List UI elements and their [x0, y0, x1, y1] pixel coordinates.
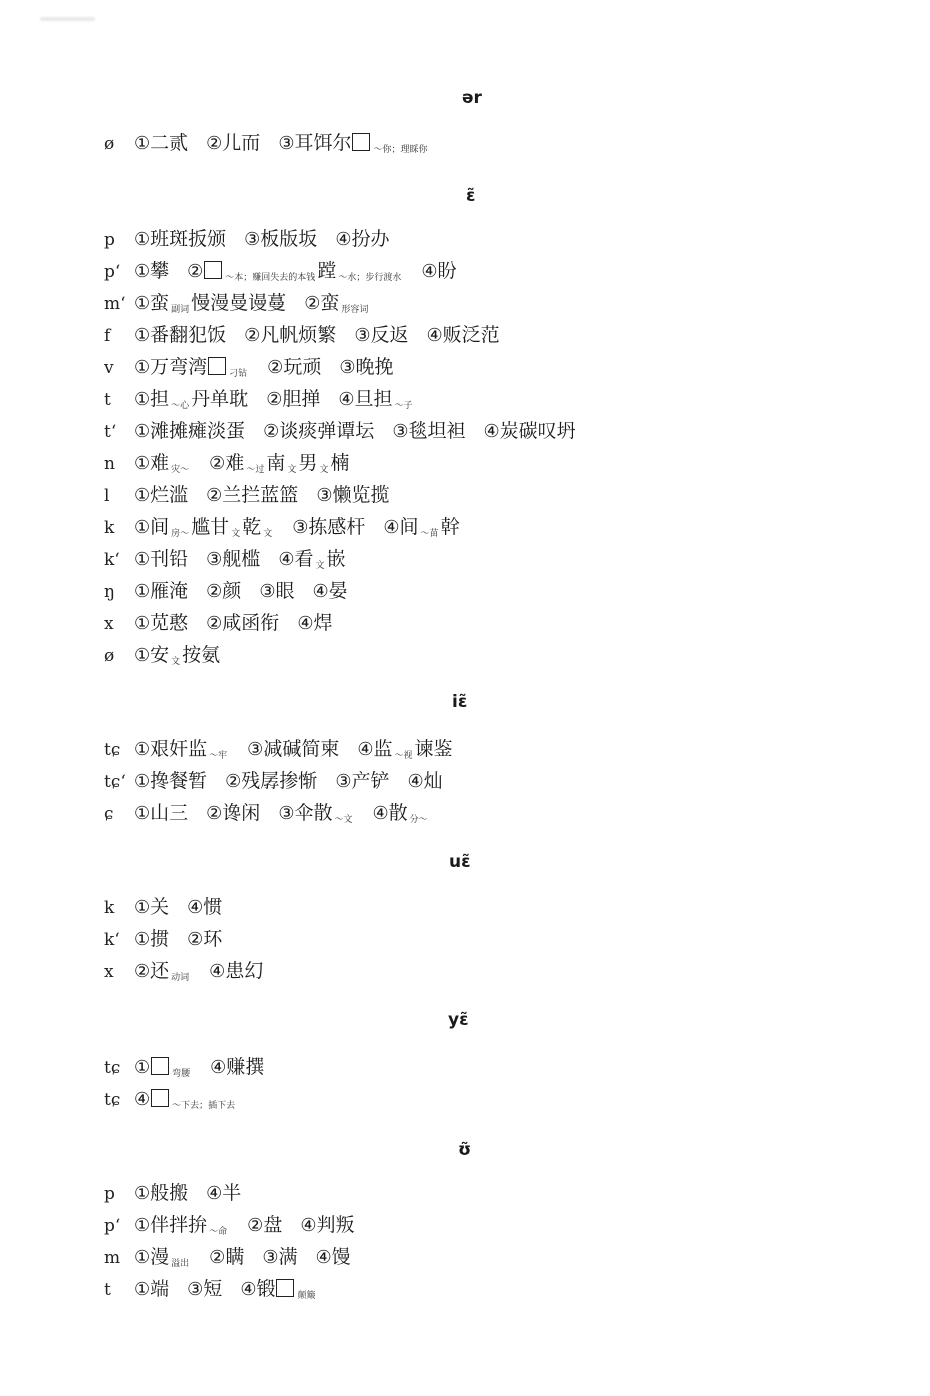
- initial-consonant: k: [104, 513, 134, 543]
- tone-group: ③满: [262, 1242, 297, 1273]
- syllable-row: m①漫溢出②瞒③满④馒: [104, 1242, 369, 1272]
- annotation: 文: [171, 657, 180, 667]
- syllable-row: n①难灾～②难～过南文男文楠: [104, 448, 367, 478]
- tone-number: ②: [206, 485, 222, 506]
- syllable-row: t①担～心丹单耽②胆掸④旦担～子: [104, 384, 433, 414]
- annotation: 文: [319, 465, 328, 475]
- annotation: ～过: [246, 465, 264, 475]
- tone-group: ②盘: [247, 1210, 282, 1241]
- tone-number: ④: [338, 389, 354, 410]
- tone-number: ③: [206, 549, 222, 570]
- tone-number: ③: [244, 229, 260, 250]
- missing-character-box: [151, 1057, 169, 1075]
- characters: 担: [150, 388, 169, 410]
- tone-group: ③短: [187, 1274, 222, 1305]
- tone-group: ①刊铅: [134, 544, 188, 575]
- tone-group: ④间～苗幹: [383, 512, 459, 549]
- initial-consonant: t: [104, 385, 134, 415]
- tone-number: ②: [209, 1247, 225, 1268]
- syllable-row: k①关④惯: [104, 892, 240, 922]
- tone-number: ②: [267, 357, 283, 378]
- tone-number: ①: [134, 645, 150, 666]
- tone-number: ④: [426, 325, 442, 346]
- syllable-row: tɕ④～下去；插下去: [104, 1084, 255, 1114]
- characters: 瞒: [225, 1246, 244, 1268]
- initial-consonant: tɕ: [104, 1085, 134, 1115]
- characters: 慢漫曼谩蔓: [191, 292, 286, 314]
- characters: 兰拦蓝篮: [222, 484, 298, 506]
- characters: 惯: [203, 896, 222, 918]
- tone-number: ①: [134, 357, 150, 378]
- tone-number: ①: [134, 1183, 150, 1204]
- tone-number: ④: [315, 1247, 331, 1268]
- tone-group: ①苋憨: [134, 608, 188, 639]
- tone-group: ④半: [206, 1178, 241, 1209]
- syllable-row: tɕ‘①搀餐暂②残孱掺惭③产铲④灿: [104, 766, 461, 796]
- annotation: 灾～: [171, 465, 189, 475]
- tone-number: ②: [206, 133, 222, 154]
- syllable-row: ŋ①雁淹②颜③眼④晏: [104, 576, 366, 606]
- characters: 残孱掺惭: [241, 770, 317, 792]
- scan-smudge: [40, 17, 95, 21]
- tone-number: ④: [383, 517, 399, 538]
- characters: 幹: [441, 516, 460, 538]
- characters: 端: [150, 1278, 169, 1300]
- tone-number: ①: [134, 517, 150, 538]
- tone-group: ③舰槛: [206, 544, 260, 575]
- tone-number: ④: [357, 739, 373, 760]
- syllable-row: k①间房～尴甘文乾文③拣感杆④间～苗幹: [104, 512, 478, 542]
- tone-group: ②玩顽: [267, 352, 321, 383]
- tone-group: ①二贰: [134, 128, 188, 159]
- characters: 半: [222, 1182, 241, 1204]
- tone-number: ④: [297, 613, 313, 634]
- final-heading-label: ər: [462, 88, 482, 108]
- tone-number: ①: [134, 897, 150, 918]
- initial-consonant: p: [104, 225, 134, 255]
- initial-consonant: k‘: [104, 545, 134, 575]
- characters: 眼: [275, 580, 294, 602]
- annotation: 溢出: [171, 1259, 189, 1269]
- characters: 掼: [150, 928, 169, 950]
- tone-group: ①关: [134, 892, 169, 923]
- initial-consonant: tɕ‘: [104, 767, 134, 797]
- characters: 二贰: [150, 132, 188, 154]
- characters: 刊铅: [150, 548, 188, 570]
- initial-consonant: tɕ: [104, 735, 134, 765]
- tone-number: ④: [134, 1089, 150, 1110]
- tone-group: ①攀: [134, 256, 169, 287]
- tone-group: ②颜: [206, 576, 241, 607]
- tone-number: ②: [187, 929, 203, 950]
- characters: 谏鉴: [415, 738, 453, 760]
- tone-number: ③: [339, 357, 355, 378]
- tone-group: ③伞散～文: [278, 798, 354, 835]
- annotation: ～心: [171, 401, 189, 411]
- annotation: ～文: [334, 815, 352, 825]
- characters: 灿: [424, 770, 443, 792]
- characters: 蛮: [150, 292, 169, 314]
- tone-group: ②残孱掺惭: [225, 766, 317, 797]
- tone-group: ④散分～: [372, 798, 429, 835]
- tone-group: ③懒览揽: [316, 480, 389, 511]
- syllable-row: t①端③短④锻颠簸: [104, 1274, 335, 1304]
- tone-number: ③: [187, 1279, 203, 1300]
- characters: 散: [389, 802, 408, 824]
- tone-number: ④: [421, 261, 437, 282]
- initial-consonant: m: [104, 1243, 134, 1273]
- tone-group: ①班斑扳颁: [134, 224, 226, 255]
- final-heading-label: ʊ̃: [458, 1140, 471, 1160]
- characters: 还: [150, 960, 169, 982]
- characters: 乾: [242, 516, 261, 538]
- tone-group: ③反返: [354, 320, 408, 351]
- final-heading-label: ɛ̃: [466, 186, 475, 206]
- tone-group: ①雁淹: [134, 576, 188, 607]
- annotation: ～本；赚回失去的本钱: [225, 273, 315, 283]
- final-heading-label: iɛ̃: [452, 692, 467, 712]
- syllable-row: ø①二贰②儿而③耳饵尔～你；理睬你: [104, 128, 447, 158]
- initial-consonant: x: [104, 957, 134, 987]
- annotation: 文: [263, 529, 272, 539]
- tone-number: ②: [187, 261, 203, 282]
- initial-consonant: f: [104, 321, 134, 351]
- syllable-row: p①般搬④半: [104, 1178, 259, 1208]
- characters: 漫: [150, 1246, 169, 1268]
- characters: 番翻犯饭: [150, 324, 226, 346]
- annotation: 动词: [171, 973, 189, 983]
- tone-group: ②谈痰弹谭坛: [263, 416, 374, 447]
- tone-group: ④晏: [312, 576, 347, 607]
- characters: 耳饵尔: [294, 132, 351, 154]
- tone-number: ①: [134, 421, 150, 442]
- final-heading-label: yɛ̃: [448, 1010, 469, 1030]
- annotation: 形容词: [341, 305, 368, 315]
- tone-number: ①: [134, 229, 150, 250]
- tone-number: ④: [187, 897, 203, 918]
- characters: 嵌: [326, 548, 345, 570]
- initial-consonant: x: [104, 609, 134, 639]
- tone-group: ②瞒: [209, 1242, 244, 1273]
- characters: 焊: [313, 612, 332, 634]
- tone-group: ④锻颠簸: [240, 1274, 317, 1311]
- characters: 监: [373, 738, 392, 760]
- tone-number: ①: [134, 613, 150, 634]
- characters: 盼: [437, 260, 456, 282]
- tone-number: ③: [247, 739, 263, 760]
- tone-number: ①: [134, 1247, 150, 1268]
- tone-group: ②凡帆烦繁: [244, 320, 336, 351]
- tone-group: ③减碱简柬: [247, 734, 339, 765]
- characters: 颜: [222, 580, 241, 602]
- tone-number: ①: [134, 581, 150, 602]
- tone-group: ②儿而: [206, 128, 260, 159]
- annotation: 刁钻: [229, 369, 247, 379]
- annotation: ～子: [395, 401, 413, 411]
- tone-group: ②谗闲: [206, 798, 260, 829]
- characters: 搀餐暂: [150, 770, 207, 792]
- tone-group: ①搀餐暂: [134, 766, 207, 797]
- tone-group: ③拣感杆: [292, 512, 365, 543]
- tone-group: ①山三: [134, 798, 188, 829]
- initial-consonant: k‘: [104, 925, 134, 955]
- syllable-row: l①烂滥②兰拦蓝篮③懒览揽: [104, 480, 407, 510]
- tone-group: ①番翻犯饭: [134, 320, 226, 351]
- initial-consonant: ø: [104, 641, 134, 671]
- characters: 丹单耽: [191, 388, 248, 410]
- tone-number: ②: [206, 803, 222, 824]
- characters: 炭碳叹坍: [500, 420, 576, 442]
- tone-group: ④馒: [315, 1242, 350, 1273]
- tone-number: ②: [225, 771, 241, 792]
- tone-number: ①: [134, 1057, 150, 1078]
- annotation: ～下去；插下去: [172, 1101, 235, 1111]
- initial-consonant: m‘: [104, 289, 134, 319]
- annotation: ～苗: [421, 529, 439, 539]
- tone-number: ②: [206, 613, 222, 634]
- annotation: 文: [287, 465, 296, 475]
- tone-number: ②: [134, 961, 150, 982]
- tone-number: ①: [134, 485, 150, 506]
- annotation: ～水；步行渡水: [338, 273, 401, 283]
- characters: 关: [150, 896, 169, 918]
- syllable-row: ɕ①山三②谗闲③伞散～文④散分～: [104, 798, 448, 828]
- tone-group: ②环: [187, 924, 222, 955]
- annotation: 副词: [171, 305, 189, 315]
- tone-group: ③晚挽: [339, 352, 393, 383]
- tone-number: ④: [312, 581, 328, 602]
- syllable-row: k‘①掼②环: [104, 924, 240, 954]
- characters: 间: [150, 516, 169, 538]
- tone-number: ①: [134, 803, 150, 824]
- characters: 晚挽: [355, 356, 393, 378]
- tone-number: ③: [292, 517, 308, 538]
- characters: 尴甘: [191, 516, 229, 538]
- tone-number: ④: [483, 421, 499, 442]
- tone-group: ②兰拦蓝篮: [206, 480, 298, 511]
- characters: 烂滥: [150, 484, 188, 506]
- tone-number: ①: [134, 293, 150, 314]
- tone-number: ④: [407, 771, 423, 792]
- annotation: 房～: [171, 529, 189, 539]
- syllable-row: p‘①伴拌拚～命②盘④判叛: [104, 1210, 372, 1240]
- initial-consonant: k: [104, 893, 134, 923]
- tone-group: ①般搬: [134, 1178, 188, 1209]
- characters: 难: [225, 452, 244, 474]
- characters: 贩泛范: [443, 324, 500, 346]
- tone-number: ③: [278, 803, 294, 824]
- initial-consonant: l: [104, 481, 134, 511]
- syllable-row: x②还动词④患幻: [104, 956, 281, 986]
- tone-number: ④: [372, 803, 388, 824]
- tone-group: ①安文按氨: [134, 640, 220, 677]
- characters: 盘: [263, 1214, 282, 1236]
- missing-character-box: [208, 357, 226, 375]
- characters: 谈痰弹谭坛: [279, 420, 374, 442]
- tone-number: ④: [335, 229, 351, 250]
- tone-number: ②: [244, 325, 260, 346]
- tone-group: ④判叛: [300, 1210, 354, 1241]
- characters: 蛮: [320, 292, 339, 314]
- annotation: 文: [231, 529, 240, 539]
- characters: 南: [266, 452, 285, 474]
- tone-group: ④惯: [187, 892, 222, 923]
- initial-consonant: t‘: [104, 417, 134, 447]
- initial-consonant: t: [104, 1275, 134, 1305]
- characters: 减碱简柬: [263, 738, 339, 760]
- tone-number: ①: [134, 1279, 150, 1300]
- annotation: 颠簸: [297, 1291, 315, 1301]
- tone-number: ④: [240, 1279, 256, 1300]
- initial-consonant: p: [104, 1179, 134, 1209]
- missing-character-box: [352, 133, 370, 151]
- characters: 儿而: [222, 132, 260, 154]
- tone-group: ①烂滥: [134, 480, 188, 511]
- characters: 班斑扳颁: [150, 228, 226, 250]
- characters: 谗闲: [222, 802, 260, 824]
- characters: 舰槛: [222, 548, 260, 570]
- syllable-row: p‘①攀②～本；赚回失去的本钱蹚～水；步行渡水④盼: [104, 256, 475, 286]
- characters: 雁淹: [150, 580, 188, 602]
- tone-group: ④贩泛范: [426, 320, 499, 351]
- tone-number: ①: [134, 929, 150, 950]
- tone-number: ③: [335, 771, 351, 792]
- initial-consonant: ø: [104, 129, 134, 159]
- tone-number: ③: [354, 325, 370, 346]
- tone-number: ②: [209, 453, 225, 474]
- characters: 满: [278, 1246, 297, 1268]
- annotation: 弯腰: [172, 1069, 190, 1079]
- tone-number: ④: [300, 1215, 316, 1236]
- characters: 扮办: [351, 228, 389, 250]
- characters: 凡帆烦繁: [260, 324, 336, 346]
- tone-number: ②: [304, 293, 320, 314]
- missing-character-box: [151, 1089, 169, 1107]
- tone-number: ①: [134, 133, 150, 154]
- initial-consonant: n: [104, 449, 134, 479]
- initial-consonant: ŋ: [104, 577, 134, 607]
- tone-group: ③产铲: [335, 766, 389, 797]
- tone-group: ①掼: [134, 924, 169, 955]
- tone-number: ①: [134, 771, 150, 792]
- tone-group: ①滩摊瘫淡蛋: [134, 416, 245, 447]
- characters: 伞散: [294, 802, 332, 824]
- tone-group: ④赚撰: [210, 1052, 264, 1083]
- annotation: 分～: [410, 815, 428, 825]
- tone-number: ④: [210, 1057, 226, 1078]
- characters: 反返: [370, 324, 408, 346]
- tone-group: ④盼: [421, 256, 456, 287]
- characters: 懒览揽: [332, 484, 389, 506]
- initial-consonant: p‘: [104, 257, 134, 287]
- initial-consonant: ɕ: [104, 799, 134, 829]
- characters: 赚撰: [226, 1056, 264, 1078]
- characters: 晏: [329, 580, 348, 602]
- syllable-row: t‘①滩摊瘫淡蛋②谈痰弹谭坛③毯坦袒④炭碳叹坍: [104, 416, 594, 446]
- annotation: ～视: [394, 751, 412, 761]
- characters: 般搬: [150, 1182, 188, 1204]
- characters: 男: [298, 452, 317, 474]
- syllable-row: x①苋憨②咸函衔④焊: [104, 608, 350, 638]
- characters: 环: [203, 928, 222, 950]
- tone-number: ③: [278, 133, 294, 154]
- characters: 难: [150, 452, 169, 474]
- tone-group: ①端: [134, 1274, 169, 1305]
- tone-group: ②还动词: [134, 956, 191, 993]
- characters: 伴拌拚: [150, 1214, 207, 1236]
- tone-number: ①: [134, 389, 150, 410]
- characters: 馒: [332, 1246, 351, 1268]
- characters: 看: [294, 548, 313, 570]
- tone-group: ④灿: [407, 766, 442, 797]
- tone-group: ④焊: [297, 608, 332, 639]
- characters: 间: [400, 516, 419, 538]
- tone-group: ③眼: [259, 576, 294, 607]
- syllable-row: v①万弯湾刁钻②玩顽③晚挽: [104, 352, 411, 382]
- tone-number: ①: [134, 739, 150, 760]
- tone-number: ②: [266, 389, 282, 410]
- tone-number: ①: [134, 261, 150, 282]
- missing-character-box: [276, 1279, 294, 1297]
- characters: 短: [203, 1278, 222, 1300]
- tone-group: ④炭碳叹坍: [483, 416, 575, 447]
- tone-number: ②: [206, 581, 222, 602]
- annotation: 文: [315, 561, 324, 571]
- characters: 蹚: [317, 260, 336, 282]
- characters: 旦担: [354, 388, 392, 410]
- initial-consonant: v: [104, 353, 134, 383]
- characters: 苋憨: [150, 612, 188, 634]
- characters: 锻: [256, 1278, 275, 1300]
- tone-number: ④: [206, 1183, 222, 1204]
- characters: 患幻: [225, 960, 263, 982]
- tone-number: ③: [259, 581, 275, 602]
- final-heading-label: uɛ̃: [449, 852, 471, 872]
- characters: 胆掸: [282, 388, 320, 410]
- initial-consonant: tɕ: [104, 1053, 134, 1083]
- initial-consonant: p‘: [104, 1211, 134, 1241]
- characters: 板版坂: [260, 228, 317, 250]
- tone-number: ①: [134, 453, 150, 474]
- syllable-row: f①番翻犯饭②凡帆烦繁③反返④贩泛范: [104, 320, 518, 350]
- characters: 滩摊瘫淡蛋: [150, 420, 245, 442]
- tone-group: ③板版坂: [244, 224, 317, 255]
- characters: 产铲: [351, 770, 389, 792]
- annotation: ～命: [209, 1227, 227, 1237]
- tone-number: ③: [316, 485, 332, 506]
- tone-number: ②: [263, 421, 279, 442]
- characters: 咸函衔: [222, 612, 279, 634]
- characters: 楠: [330, 452, 349, 474]
- characters: 攀: [150, 260, 169, 282]
- syllable-row: tɕ①艰奸监～牢③减碱简柬④监～视谏鉴: [104, 734, 471, 764]
- characters: 毯坦袒: [408, 420, 465, 442]
- tone-number: ①: [134, 1215, 150, 1236]
- characters: 按氨: [182, 644, 220, 666]
- tone-group: ④～下去；插下去: [134, 1084, 237, 1121]
- annotation: ～牢: [209, 751, 227, 761]
- characters: 万弯湾: [150, 356, 207, 378]
- syllable-row: ø①安文按氨: [104, 640, 238, 670]
- syllable-row: m‘①蛮副词慢漫曼谩蔓②蛮形容词: [104, 288, 388, 318]
- tone-number: ③: [262, 1247, 278, 1268]
- tone-group: ②咸函衔: [206, 608, 279, 639]
- tone-group: ②胆掸: [266, 384, 320, 415]
- tone-number: ④: [209, 961, 225, 982]
- tone-number: ④: [278, 549, 294, 570]
- characters: 玩顽: [283, 356, 321, 378]
- characters: 山三: [150, 802, 188, 824]
